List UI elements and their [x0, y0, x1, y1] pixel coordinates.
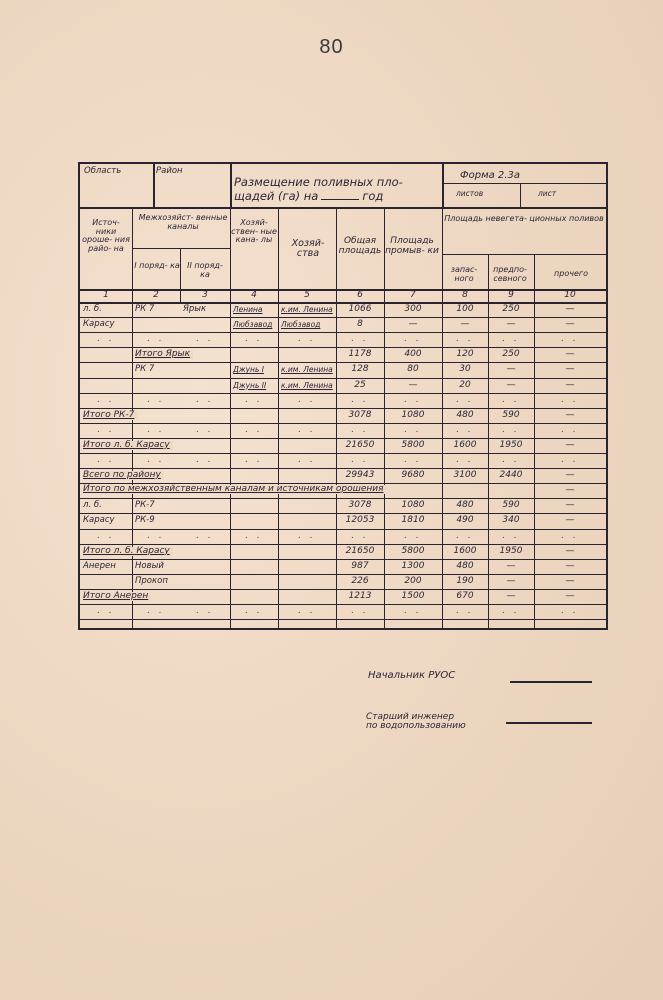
table-cell: 21650	[339, 547, 381, 556]
row-divider	[80, 347, 606, 348]
table-cell: . .	[387, 426, 439, 435]
table-cell: 490	[445, 516, 485, 525]
table-cell: . .	[281, 532, 333, 541]
column-number: 1	[80, 291, 132, 300]
table-cell: . .	[339, 426, 381, 435]
table-cell: 29943	[339, 471, 381, 480]
table-cell: 2440	[491, 471, 531, 480]
table-cell: —	[491, 320, 531, 329]
table-cell: —	[537, 441, 603, 450]
table-cell: 190	[445, 577, 485, 586]
table-cell: 128	[339, 365, 381, 374]
table-cell: —	[537, 562, 603, 571]
table-cell: . .	[491, 532, 531, 541]
table-cell: —	[387, 320, 439, 329]
table-cell: . .	[281, 607, 333, 616]
table-cell: 590	[491, 411, 531, 420]
table-cell: —	[445, 320, 485, 329]
column-number: 2	[132, 291, 180, 300]
table-cell: 340	[491, 516, 531, 525]
row-divider	[80, 589, 606, 590]
table-cell: 250	[491, 350, 531, 359]
table-cell: . .	[281, 335, 333, 344]
column-number: 3	[180, 291, 230, 300]
table-cell: Любзавод	[281, 320, 333, 329]
table-cell: 20	[445, 381, 485, 390]
table-cell: . .	[83, 335, 129, 344]
grid-line	[153, 164, 155, 207]
header-col9: предпо- севного	[488, 266, 532, 283]
table-cell: 8	[339, 320, 381, 329]
row-divider	[80, 438, 606, 439]
table-cell: Карасу	[83, 320, 129, 329]
header-col10: прочего	[534, 270, 608, 279]
table-cell: . .	[491, 396, 531, 405]
table-cell: 1950	[491, 547, 531, 556]
header-col2-3-group: Межхозяйст- венные каналы	[134, 214, 232, 231]
table-cell: . .	[183, 426, 227, 435]
row-divider	[80, 332, 606, 333]
table-cell: —	[537, 486, 603, 495]
column-number: 5	[278, 291, 336, 300]
table-cell: . .	[387, 532, 439, 541]
table-cell: . .	[83, 396, 129, 405]
row-divider	[80, 544, 606, 545]
table-cell: —	[537, 305, 603, 314]
form-title-line2: щадей (га) нагод	[234, 190, 383, 203]
table-cell: . .	[233, 532, 275, 541]
row-divider	[80, 453, 606, 454]
table-cell: . .	[339, 532, 381, 541]
table-cell: 590	[491, 501, 531, 510]
table-cell: 987	[339, 562, 381, 571]
table-cell: 9680	[387, 471, 439, 480]
table-cell: Прокоп	[135, 577, 177, 586]
table-cell: . .	[537, 426, 603, 435]
table-cell: л. б.	[83, 305, 129, 314]
row-divider	[80, 498, 606, 499]
subtotal-label: Итого РК-7	[83, 411, 137, 420]
grid-line	[278, 207, 279, 630]
table-cell: . .	[339, 396, 381, 405]
column-number: 10	[534, 291, 606, 300]
table-cell: . .	[135, 426, 177, 435]
table-cell: —	[491, 365, 531, 374]
subtotal-label: Итого Ярык	[135, 350, 193, 359]
table-cell: 480	[445, 411, 485, 420]
table-cell: 1600	[445, 547, 485, 556]
table-cell: 1810	[387, 516, 439, 525]
table-cell: РК 7	[135, 365, 177, 374]
table-cell: . .	[233, 396, 275, 405]
table-cell: Джунь I	[233, 365, 275, 374]
table-cell: . .	[445, 335, 485, 344]
table-cell: —	[387, 381, 439, 390]
rayon-label: Район	[156, 167, 183, 176]
row-divider	[80, 619, 606, 620]
grid-line	[442, 207, 443, 630]
subtotal-label: Итого Анерен	[83, 592, 151, 601]
table-cell: 226	[339, 577, 381, 586]
table-cell: . .	[183, 335, 227, 344]
table-cell: . .	[387, 607, 439, 616]
table-cell: . .	[233, 456, 275, 465]
column-number: 7	[384, 291, 442, 300]
table-cell: . .	[135, 335, 177, 344]
table-cell: 25	[339, 381, 381, 390]
table-cell: 1300	[387, 562, 439, 571]
table-cell: Новый	[135, 562, 177, 571]
row-divider	[80, 529, 606, 530]
header-col2: I поряд- ка	[134, 262, 180, 271]
table-cell: Анерен	[83, 562, 129, 571]
table-cell: . .	[537, 532, 603, 541]
signature-chief-line	[510, 681, 592, 683]
table-cell: 3078	[339, 411, 381, 420]
row-divider	[80, 378, 606, 379]
table-cell: . .	[445, 426, 485, 435]
signature-chief-label: Начальник РУОС	[368, 670, 455, 681]
grid-line	[442, 254, 606, 255]
table-cell: . .	[387, 456, 439, 465]
sheets-label: листов	[456, 189, 483, 198]
table-cell: 1950	[491, 441, 531, 450]
table-cell: 80	[387, 365, 439, 374]
signature-engineer-line	[506, 722, 592, 724]
table-cell: . .	[233, 426, 275, 435]
table-cell: . .	[537, 456, 603, 465]
table-cell: . .	[233, 607, 275, 616]
table-cell: . .	[135, 396, 177, 405]
table-cell: . .	[183, 532, 227, 541]
table-cell: —	[491, 577, 531, 586]
table-cell: к.им. Ленина	[281, 305, 333, 314]
table-cell: 1080	[387, 411, 439, 420]
table-cell: . .	[387, 396, 439, 405]
table-cell: —	[537, 592, 603, 601]
table-cell: —	[537, 350, 603, 359]
table-cell: 120	[445, 350, 485, 359]
header-col1: Источ- ники ороше- ния райо- на	[81, 219, 131, 253]
table-cell: Джунь II	[233, 381, 275, 390]
table-cell: . .	[339, 456, 381, 465]
table-cell: . .	[183, 456, 227, 465]
form-title-line1: Размещение поливных пло-	[234, 176, 403, 189]
table-cell: 480	[445, 501, 485, 510]
table-cell: . .	[83, 607, 129, 616]
table-cell: —	[537, 547, 603, 556]
table-cell: . .	[491, 607, 531, 616]
column-number: 8	[442, 291, 488, 300]
grid-line	[336, 207, 337, 630]
column-number: 6	[336, 291, 384, 300]
header-col5: Хозяй- ства	[280, 239, 336, 259]
grid-line	[442, 164, 444, 207]
table-cell: —	[491, 592, 531, 601]
grid-line	[520, 183, 521, 207]
table-cell: —	[537, 471, 603, 480]
table-cell: . .	[183, 607, 227, 616]
section-heading: Итого по межхозяйственным каналам и исто…	[83, 485, 388, 494]
grid-line	[230, 164, 232, 207]
table-cell: 300	[387, 305, 439, 314]
table-cell: 1178	[339, 350, 381, 359]
row-divider	[80, 393, 606, 394]
form-number: Форма 2.3а	[460, 171, 520, 180]
table-cell: л. б.	[83, 501, 129, 510]
table-cell: —	[537, 577, 603, 586]
grid-line	[442, 183, 606, 184]
table-cell: РК-9	[135, 516, 177, 525]
table-cell: —	[537, 365, 603, 374]
table-cell: 1600	[445, 441, 485, 450]
table-cell: . .	[183, 396, 227, 405]
grid-line	[230, 207, 231, 630]
table-cell: —	[537, 411, 603, 420]
table-cell: 480	[445, 562, 485, 571]
subtotal-label: Итого л. б. Карасу	[83, 547, 173, 556]
header-col8-10-group: Площадь невегета- ционных поливов	[442, 215, 606, 224]
table-cell: 3100	[445, 471, 485, 480]
header-col3: II поряд- ка	[182, 262, 228, 279]
table-cell: —	[491, 562, 531, 571]
table-cell: —	[491, 381, 531, 390]
table-cell: —	[537, 320, 603, 329]
table-cell: 30	[445, 365, 485, 374]
header-col4: Хозяй- ствен- ные кана- лы	[230, 219, 278, 245]
table-cell: Карасу	[83, 516, 129, 525]
table-cell: . .	[445, 396, 485, 405]
table-cell: —	[537, 516, 603, 525]
table-cell: . .	[339, 335, 381, 344]
row-divider	[80, 408, 606, 409]
table-cell: . .	[83, 532, 129, 541]
table-cell: Ярык	[183, 305, 227, 314]
table-cell: . .	[281, 426, 333, 435]
row-divider	[80, 513, 606, 514]
grid-line	[384, 207, 385, 630]
oblast-label: Область	[84, 167, 121, 176]
irrigation-form-table: Область Район Размещение поливных пло- щ…	[78, 162, 608, 630]
table-cell: 21650	[339, 441, 381, 450]
row-divider	[80, 423, 606, 424]
header-col7: Площадь промыв- ки	[384, 236, 440, 256]
table-cell: . .	[135, 532, 177, 541]
table-cell: к.им. Ленина	[281, 365, 333, 374]
table-cell: 12053	[339, 516, 381, 525]
table-cell: . .	[83, 456, 129, 465]
table-cell: . .	[445, 532, 485, 541]
table-cell: к.им. Ленина	[281, 381, 333, 390]
table-cell: . .	[537, 335, 603, 344]
table-cell: . .	[339, 607, 381, 616]
table-cell: . .	[491, 335, 531, 344]
header-col6: Общая площадь	[336, 236, 384, 256]
table-cell: . .	[281, 396, 333, 405]
table-cell: 3078	[339, 501, 381, 510]
table-cell: 1066	[339, 305, 381, 314]
column-number: 9	[488, 291, 534, 300]
table-cell: . .	[491, 426, 531, 435]
table-cell: РК-7	[135, 501, 177, 510]
table-cell: . .	[445, 607, 485, 616]
table-cell: 670	[445, 592, 485, 601]
signature-engineer-label: Старший инженерпо водопользованию	[366, 713, 466, 731]
grid-line	[80, 302, 606, 304]
table-cell: 1213	[339, 592, 381, 601]
table-cell: 250	[491, 305, 531, 314]
table-cell: 100	[445, 305, 485, 314]
subtotal-label: Итого л. б. Карасу	[83, 441, 173, 450]
table-cell: . .	[491, 456, 531, 465]
table-cell: Любзавод	[233, 320, 275, 329]
table-cell: . .	[281, 456, 333, 465]
row-divider	[80, 559, 606, 560]
table-cell: —	[537, 501, 603, 510]
table-cell: . .	[83, 426, 129, 435]
table-cell: РК 7	[135, 305, 177, 314]
row-divider	[80, 362, 606, 363]
table-cell: Ленина	[233, 305, 275, 314]
table-cell: —	[537, 381, 603, 390]
table-cell: . .	[135, 607, 177, 616]
table-cell: . .	[233, 335, 275, 344]
table-cell: . .	[387, 335, 439, 344]
sheet-label: лист	[538, 189, 556, 198]
header-col8: запас- ного	[442, 266, 486, 283]
row-divider	[80, 468, 606, 469]
row-divider	[80, 574, 606, 575]
table-cell: 400	[387, 350, 439, 359]
table-cell: 1500	[387, 592, 439, 601]
table-cell: . .	[445, 456, 485, 465]
page-number: 80	[0, 36, 663, 59]
column-number: 4	[230, 291, 278, 300]
table-cell: . .	[537, 396, 603, 405]
table-cell: 1080	[387, 501, 439, 510]
table-cell: . .	[537, 607, 603, 616]
table-cell: 200	[387, 577, 439, 586]
row-divider	[80, 604, 606, 605]
subtotal-label: Всего по району	[83, 471, 164, 480]
grid-line	[80, 207, 606, 209]
grid-line	[132, 248, 230, 249]
table-cell: . .	[135, 456, 177, 465]
table-cell: 5800	[387, 441, 439, 450]
row-divider	[80, 317, 606, 318]
table-cell: 5800	[387, 547, 439, 556]
